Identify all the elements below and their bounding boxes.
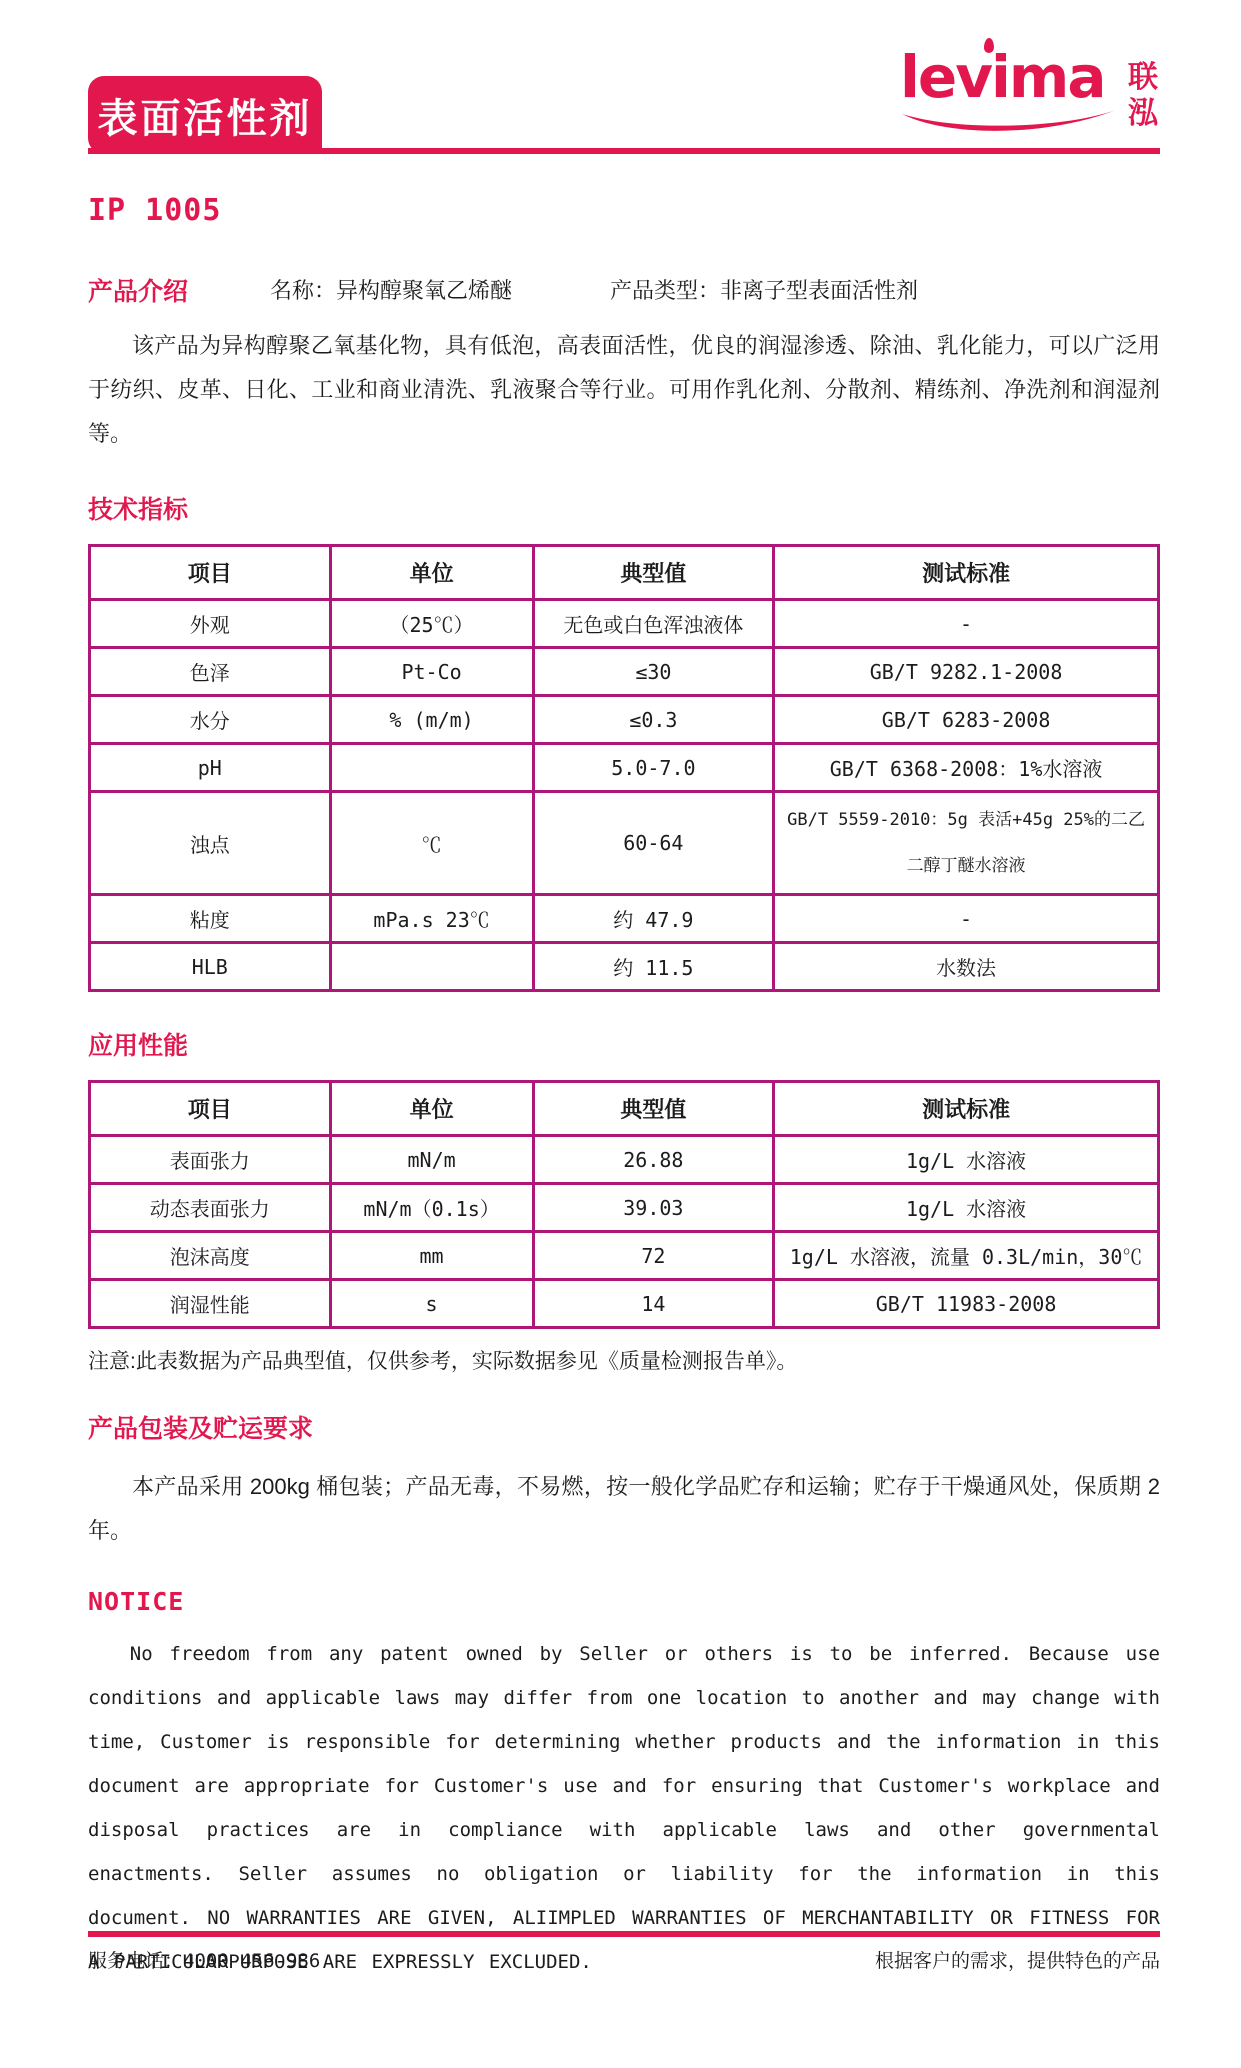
table-cell: 水分 bbox=[90, 696, 331, 744]
packaging-heading: 产品包装及贮运要求 bbox=[88, 1409, 1160, 1445]
table-cell: mPa.s 23℃ bbox=[330, 895, 533, 943]
logo-chinese: 联泓 bbox=[1128, 60, 1160, 136]
table-cell: 动态表面张力 bbox=[90, 1184, 331, 1232]
app-props-heading: 应用性能 bbox=[88, 1026, 1160, 1062]
document-page: 表面活性剂 levima 联泓 IP 1005 产品介绍 名称：异构醇聚氧乙烯醚… bbox=[88, 0, 1160, 1984]
table-cell: GB/T 11983-2008 bbox=[774, 1280, 1159, 1328]
table-row: 润湿性能s14GB/T 11983-2008 bbox=[90, 1280, 1159, 1328]
page-footer: 服务电话：4000-456-986 根据客户的需求，提供特色的产品 bbox=[88, 1931, 1160, 1973]
table-cell: 72 bbox=[533, 1232, 774, 1280]
column-header: 典型值 bbox=[533, 1082, 774, 1136]
column-header: 测试标准 bbox=[774, 1082, 1159, 1136]
table-header-row: 项目 单位 典型值 测试标准 bbox=[90, 1082, 1159, 1136]
table-row: 动态表面张力mN/m（0.1s）39.031g/L 水溶液 bbox=[90, 1184, 1159, 1232]
table-row: 水分% (m/m)≤0.3GB/T 6283-2008 bbox=[90, 696, 1159, 744]
page-header: 表面活性剂 levima 联泓 bbox=[88, 0, 1160, 155]
notice-heading: NOTICE bbox=[88, 1587, 1160, 1616]
column-header: 项目 bbox=[90, 1082, 331, 1136]
column-header: 典型值 bbox=[533, 546, 774, 600]
droplet-icon bbox=[984, 38, 995, 53]
tech-specs-table: 项目 单位 典型值 测试标准 外观（25℃）无色或白色浑浊液体-色泽Pt-Co≤… bbox=[88, 544, 1160, 992]
table-cell: 粘度 bbox=[90, 895, 331, 943]
table-cell bbox=[330, 744, 533, 792]
table-cell: - bbox=[774, 600, 1159, 648]
column-header: 测试标准 bbox=[774, 546, 1159, 600]
table-row: HLB约 11.5水数法 bbox=[90, 943, 1159, 991]
table-cell: 表面张力 bbox=[90, 1136, 331, 1184]
table-cell: ℃ bbox=[330, 792, 533, 895]
table-cell: （25℃） bbox=[330, 600, 533, 648]
table-cell bbox=[330, 943, 533, 991]
logo-swoosh-icon bbox=[900, 108, 1118, 136]
product-name: 名称：异构醇聚氧乙烯醚 bbox=[270, 274, 512, 305]
table-cell: HLB bbox=[90, 943, 331, 991]
table-cell: 外观 bbox=[90, 600, 331, 648]
table-cell: ≤0.3 bbox=[533, 696, 774, 744]
column-header: 项目 bbox=[90, 546, 331, 600]
table-cell: Pt-Co bbox=[330, 648, 533, 696]
table-cell: GB/T 6368-2008：1%水溶液 bbox=[774, 744, 1159, 792]
table-cell: mN/m（0.1s） bbox=[330, 1184, 533, 1232]
table-row: 外观（25℃）无色或白色浑浊液体- bbox=[90, 600, 1159, 648]
product-description: 该产品为异构醇聚乙氧基化物，具有低泡，高表面活性，优良的润湿渗透、除油、乳化能力… bbox=[88, 324, 1160, 456]
logo-main: levima bbox=[900, 48, 1118, 136]
table-note: 注意:此表数据为产品典型值，仅供参考，实际数据参见《质量检测报告单》。 bbox=[88, 1345, 1160, 1375]
table-cell: ≤30 bbox=[533, 648, 774, 696]
levima-logo: levima 联泓 bbox=[900, 48, 1160, 136]
table-cell: pH bbox=[90, 744, 331, 792]
column-header: 单位 bbox=[330, 1082, 533, 1136]
product-code: IP 1005 bbox=[88, 193, 1160, 228]
table-cell: 1g/L 水溶液，流量 0.3L/min，30℃ bbox=[774, 1232, 1159, 1280]
packaging-text: 本产品采用 200kg 桶包装；产品无毒，不易燃，按一般化学品贮存和运输；贮存于… bbox=[88, 1465, 1160, 1553]
product-intro-row: 产品介绍 名称：异构醇聚氧乙烯醚 产品类型：非离子型表面活性剂 bbox=[88, 272, 1160, 304]
table-cell: 色泽 bbox=[90, 648, 331, 696]
table-row: 粘度mPa.s 23℃约 47.9- bbox=[90, 895, 1159, 943]
category-badge-label: 表面活性剂 bbox=[98, 87, 313, 144]
table-cell: 60-64 bbox=[533, 792, 774, 895]
column-header: 单位 bbox=[330, 546, 533, 600]
document-body: { "colors": { "accent": "#E2174D", "tabl… bbox=[0, 0, 1241, 2068]
table-cell: % (m/m) bbox=[330, 696, 533, 744]
table-cell: 无色或白色浑浊液体 bbox=[533, 600, 774, 648]
product-type: 产品类型：非离子型表面活性剂 bbox=[610, 274, 918, 305]
table-row: pH5.0-7.0GB/T 6368-2008：1%水溶液 bbox=[90, 744, 1159, 792]
footer-row: 服务电话：4000-456-986 根据客户的需求，提供特色的产品 bbox=[88, 1946, 1160, 1973]
table-row: 表面张力mN/m26.881g/L 水溶液 bbox=[90, 1136, 1159, 1184]
logo-wordmark: levima bbox=[900, 48, 1118, 106]
table-cell: 约 47.9 bbox=[533, 895, 774, 943]
table-cell: 1g/L 水溶液 bbox=[774, 1136, 1159, 1184]
table-cell: 泡沫高度 bbox=[90, 1232, 331, 1280]
table-cell: mm bbox=[330, 1232, 533, 1280]
footer-slogan: 根据客户的需求，提供特色的产品 bbox=[875, 1946, 1160, 1973]
table-cell: mN/m bbox=[330, 1136, 533, 1184]
table-cell: 水数法 bbox=[774, 943, 1159, 991]
table-cell: s bbox=[330, 1280, 533, 1328]
table-cell: 约 11.5 bbox=[533, 943, 774, 991]
table-cell: 浊点 bbox=[90, 792, 331, 895]
table-cell: - bbox=[774, 895, 1159, 943]
tech-specs-heading: 技术指标 bbox=[88, 490, 1160, 526]
table-cell: GB/T 5559-2010：5g 表活+45g 25%的二乙二醇丁醚水溶液 bbox=[774, 792, 1159, 895]
table-header-row: 项目 单位 典型值 测试标准 bbox=[90, 546, 1159, 600]
table-cell: 润湿性能 bbox=[90, 1280, 331, 1328]
category-badge: 表面活性剂 bbox=[88, 76, 322, 154]
table-cell: 14 bbox=[533, 1280, 774, 1328]
table-row: 浊点℃60-64GB/T 5559-2010：5g 表活+45g 25%的二乙二… bbox=[90, 792, 1159, 895]
intro-heading: 产品介绍 bbox=[88, 272, 188, 308]
table-cell: 39.03 bbox=[533, 1184, 774, 1232]
table-cell: 26.88 bbox=[533, 1136, 774, 1184]
table-cell: 1g/L 水溶液 bbox=[774, 1184, 1159, 1232]
service-phone: 服务电话：4000-456-986 bbox=[88, 1946, 320, 1973]
footer-rule bbox=[88, 1931, 1160, 1937]
table-row: 色泽Pt-Co≤30GB/T 9282.1-2008 bbox=[90, 648, 1159, 696]
app-props-table: 项目 单位 典型值 测试标准 表面张力mN/m26.881g/L 水溶液动态表面… bbox=[88, 1080, 1160, 1329]
table-row: 泡沫高度mm721g/L 水溶液，流量 0.3L/min，30℃ bbox=[90, 1232, 1159, 1280]
table-cell: GB/T 6283-2008 bbox=[774, 696, 1159, 744]
table-cell: 5.0-7.0 bbox=[533, 744, 774, 792]
table-cell: GB/T 9282.1-2008 bbox=[774, 648, 1159, 696]
